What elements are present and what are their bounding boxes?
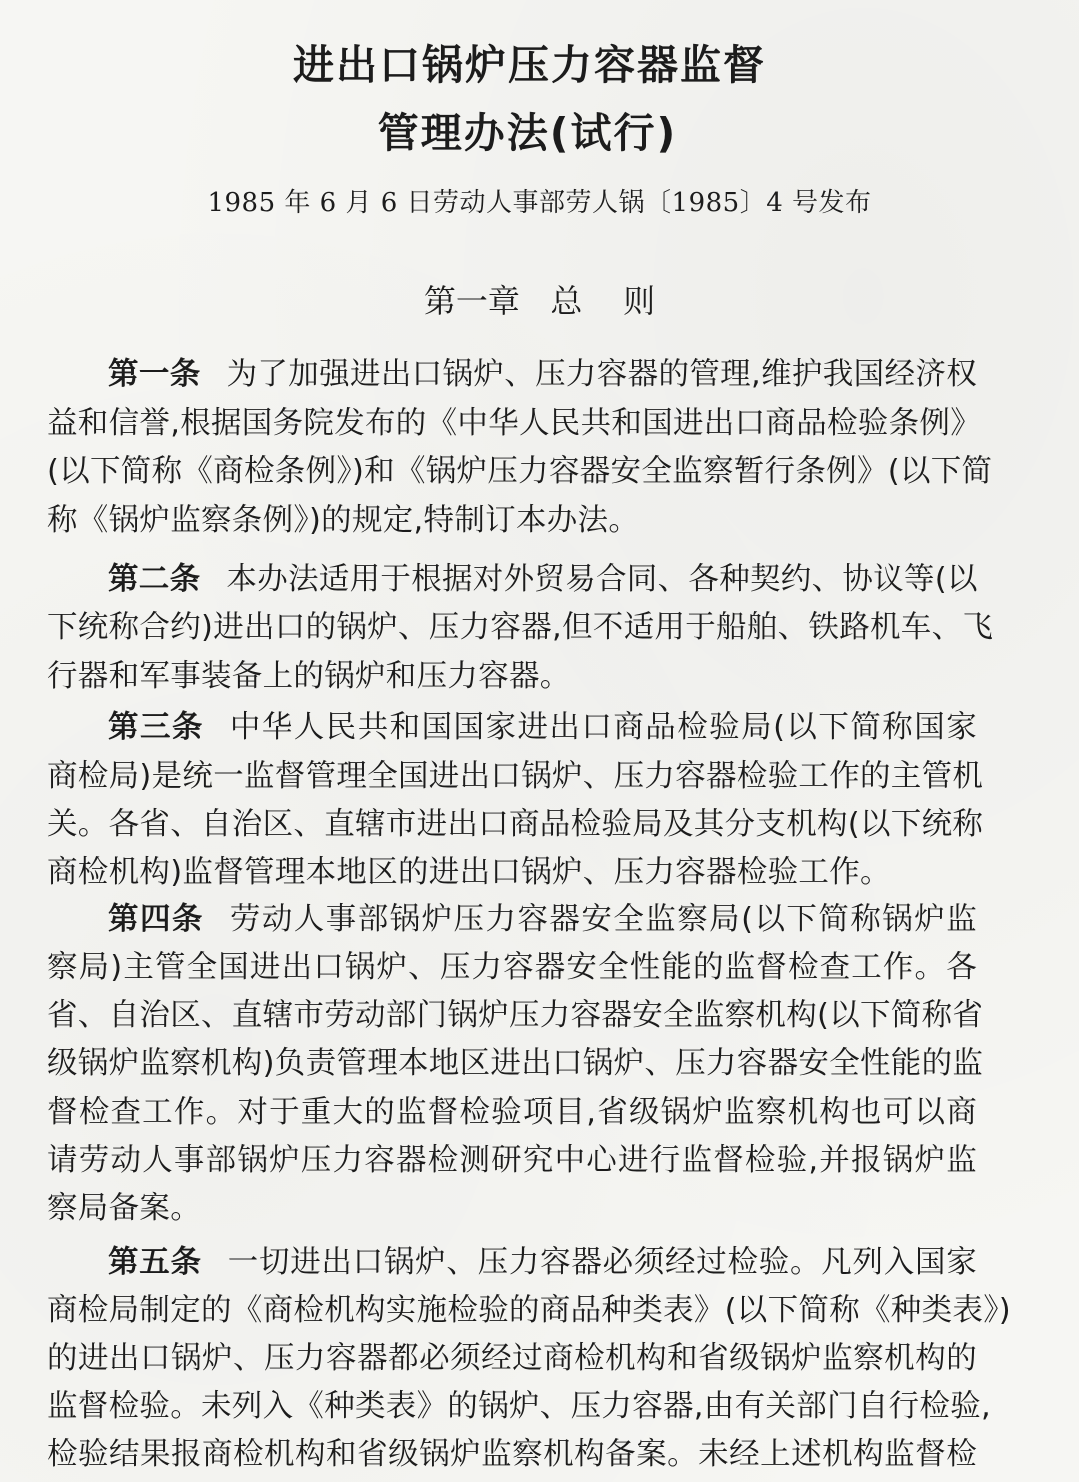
article-2-line: 第二条本办法适用于根据对外贸易合同、各种契约、协议等(以: [108, 560, 977, 600]
article-text: 一切进出口锅炉、压力容器必须经过检验。凡列入国家: [228, 1245, 977, 1280]
issuance-note: 1985 年 6 月 6 日劳动人事部劳人锅〔1985〕4 号发布: [0, 182, 1079, 219]
article-5-line: 第五条一切进出口锅炉、压力容器必须经过检验。凡列入国家: [108, 1243, 977, 1283]
article-2-line: 下统称合约)进出口的锅炉、压力容器,但不适用于船舶、铁路机车、飞: [47, 608, 977, 648]
article-3-line: 关。各省、自治区、直辖市进出口商品检验局及其分支机构(以下统称: [47, 805, 977, 845]
document-page: 进出口锅炉压力容器监督 管理办法(试行) 1985 年 6 月 6 日劳动人事部…: [0, 0, 1079, 1482]
article-3-line: 第三条中华人民共和国国家进出口商品检验局(以下简称国家: [108, 708, 977, 748]
article-text: 中华人民共和国国家进出口商品检验局(以下简称国家: [230, 710, 977, 745]
article-4-line: 级锅炉监察机构)负责管理本地区进出口锅炉、压力容器安全性能的监: [47, 1044, 977, 1084]
article-4-line: 察局)主管全国进出口锅炉、压力容器安全性能的监督检查工作。各: [47, 948, 977, 988]
article-5-line: 的进出口锅炉、压力容器都必须经过商检机构和省级锅炉监察机构的: [47, 1339, 977, 1379]
article-4-line: 请劳动人事部锅炉压力容器检测研究中心进行监督检验,并报锅炉监: [47, 1141, 977, 1181]
document-title-line-1: 进出口锅炉压力容器监督: [0, 32, 1069, 91]
document-title-line-2: 管理办法(试行): [0, 100, 1067, 159]
article-4-line: 省、自治区、直辖市劳动部门锅炉压力容器安全监察机构(以下简称省: [47, 996, 977, 1036]
article-text: 为了加强进出口锅炉、压力容器的管理,维护我国经济权: [227, 357, 977, 392]
article-4-line: 督检查工作。对于重大的监督检验项目,省级锅炉监察机构也可以商: [47, 1093, 977, 1133]
article-label: 第二条: [108, 562, 200, 597]
article-1-line: 益和信誉,根据国务院发布的《中华人民共和国进出口商品检验条例》: [47, 404, 977, 444]
article-1-line: (以下简称《商检条例》)和《锅炉压力容器安全监察暂行条例》(以下简: [47, 452, 977, 492]
article-4-line: 第四条劳动人事部锅炉压力容器安全监察局(以下简称锅炉监: [108, 900, 977, 940]
article-3-line: 商检局)是统一监督管理全国进出口锅炉、压力容器检验工作的主管机: [47, 757, 977, 797]
article-5-line: 监督检验。未列入《种类表》的锅炉、压力容器,由有关部门自行检验,: [47, 1387, 977, 1427]
article-label: 第四条: [108, 902, 204, 937]
article-label: 第五条: [108, 1245, 202, 1280]
article-1-line: 称《锅炉监察条例》)的规定,特制订本办法。: [47, 501, 977, 541]
article-5-line: 商检局制定的《商检机构实施检验的商品种类表》(以下简称《种类表》): [47, 1291, 977, 1331]
article-text: 本办法适用于根据对外贸易合同、各种契约、协议等(以: [226, 562, 977, 597]
chapter-heading: 第一章 总 则: [0, 276, 1079, 322]
article-label: 第一条: [108, 357, 201, 392]
article-5-line: 检验结果报商检机构和省级锅炉监察机构备案。未经上述机构监督检: [47, 1435, 977, 1475]
article-4-line: 察局备案。: [47, 1189, 977, 1229]
article-3-line: 商检机构)监督管理本地区的进出口锅炉、压力容器检验工作。: [47, 853, 977, 893]
article-label: 第三条: [108, 710, 204, 745]
article-text: 劳动人事部锅炉压力容器安全监察局(以下简称锅炉监: [230, 902, 977, 937]
article-2-line: 行器和军事装备上的锅炉和压力容器。: [47, 657, 977, 697]
article-1-line: 第一条为了加强进出口锅炉、压力容器的管理,维护我国经济权: [108, 355, 977, 395]
